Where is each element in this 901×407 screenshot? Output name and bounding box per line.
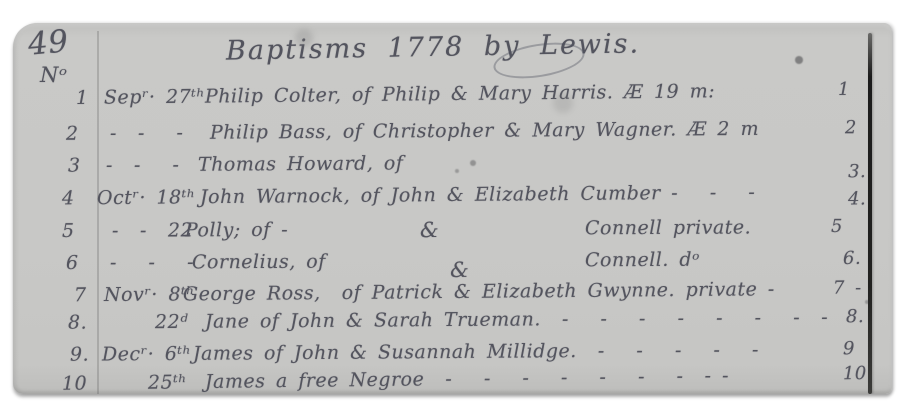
entry-date: 22ᵈ xyxy=(155,311,188,333)
margin-number: 2 xyxy=(845,117,857,138)
register-page: 49 Baptisms 1778 by Lewis. Nᵒ 1Sepʳ· 27ᵗ… xyxy=(13,23,892,394)
entry-text: Thomas Howard, of xyxy=(198,152,404,175)
row-number: 8. xyxy=(68,312,87,334)
entry-text: George Ross, of Patrick & Elizabeth Gwyn… xyxy=(183,278,775,305)
register-row: 8.22ᵈJane of John & Sarah Trueman. - - -… xyxy=(13,306,892,342)
number-column-header: Nᵒ xyxy=(40,63,67,87)
entry-text: Philip Bass, of Christopher & Mary Wagne… xyxy=(210,118,759,144)
entry-date: Octʳ· 18ᵗʰ xyxy=(97,186,196,209)
folio-number: 49 xyxy=(27,23,70,62)
entry-date: - - - xyxy=(110,251,194,273)
register-row: 6- - -Cornelius, of&Connell. dᵒ6. xyxy=(13,248,892,283)
row-number: 4 xyxy=(62,187,75,209)
row-number: 5 xyxy=(62,220,75,242)
entry-date: Novʳ· 8ᵗʰ xyxy=(104,283,195,306)
row-number: 9. xyxy=(70,344,89,366)
entry-text: Cornelius, of xyxy=(192,251,326,274)
entry-date: Decʳ· 6ᵗʰ xyxy=(102,343,191,366)
paper-speckle xyxy=(455,169,459,173)
margin-number: 1 xyxy=(838,79,850,100)
entry-text: Philip Colter, of Philip & Mary Harris. … xyxy=(205,80,715,107)
row-number: 10 xyxy=(62,372,87,394)
scanned-register-image: 49 Baptisms 1778 by Lewis. Nᵒ 1Sepʳ· 27ᵗ… xyxy=(0,0,901,407)
margin-number: 8. xyxy=(846,306,864,327)
register-row: 4Octʳ· 18ᵗʰJohn Warnock, of John & Eliza… xyxy=(13,180,892,218)
register-row: 2- - -Philip Bass, of Christopher & Mary… xyxy=(13,117,892,153)
row-number: 1 xyxy=(76,87,89,109)
register-row: 5- - 22Polly; of -&Connell private.5 xyxy=(13,216,892,251)
entry-date: - - - xyxy=(110,122,184,145)
entry-text: James of John & Susannah Millidge. - - -… xyxy=(193,339,759,365)
entry-date: - - - xyxy=(106,154,180,177)
brace-ampersand: & xyxy=(450,258,469,282)
paper-speckle xyxy=(295,29,313,47)
entry-date: Sepʳ· 27ᵗʰ xyxy=(104,86,205,109)
row-number: 7 xyxy=(74,284,87,306)
margin-number: 5 xyxy=(831,216,843,237)
entry-text: John Warnock, of John & Elizabeth Cumber… xyxy=(200,181,755,208)
margin-number: 6. xyxy=(843,248,861,269)
entry-date: - - 22 xyxy=(112,219,193,241)
paper-speckle xyxy=(865,300,869,304)
entry-note: Connell. dᵒ xyxy=(585,249,700,272)
row-number: 3 xyxy=(68,155,81,177)
margin-number: 10 xyxy=(843,363,867,384)
paper-speckle xyxy=(470,160,476,166)
margin-number: 4. xyxy=(848,188,866,209)
row-number: 6 xyxy=(66,252,79,274)
entry-text: Jane of John & Sarah Trueman. - - - - - … xyxy=(205,306,828,332)
entry-text: Polly; of - xyxy=(185,219,288,242)
register-row: 3- - -Thomas Howard, of3. xyxy=(13,149,892,185)
entry-date: 25ᵗʰ xyxy=(148,371,187,393)
margin-number: 9 xyxy=(843,338,855,359)
brace-ampersand: & xyxy=(420,218,439,242)
margin-number: 3. xyxy=(848,161,866,182)
paper-speckle xyxy=(795,56,803,64)
row-number: 2 xyxy=(66,123,79,145)
margin-number: 7 - xyxy=(833,277,862,298)
entry-note: Connell private. xyxy=(585,216,751,239)
paper-speckle xyxy=(553,93,573,113)
register-row: 1Sepʳ· 27ᵗʰPhilip Colter, of Philip & Ma… xyxy=(13,78,892,117)
